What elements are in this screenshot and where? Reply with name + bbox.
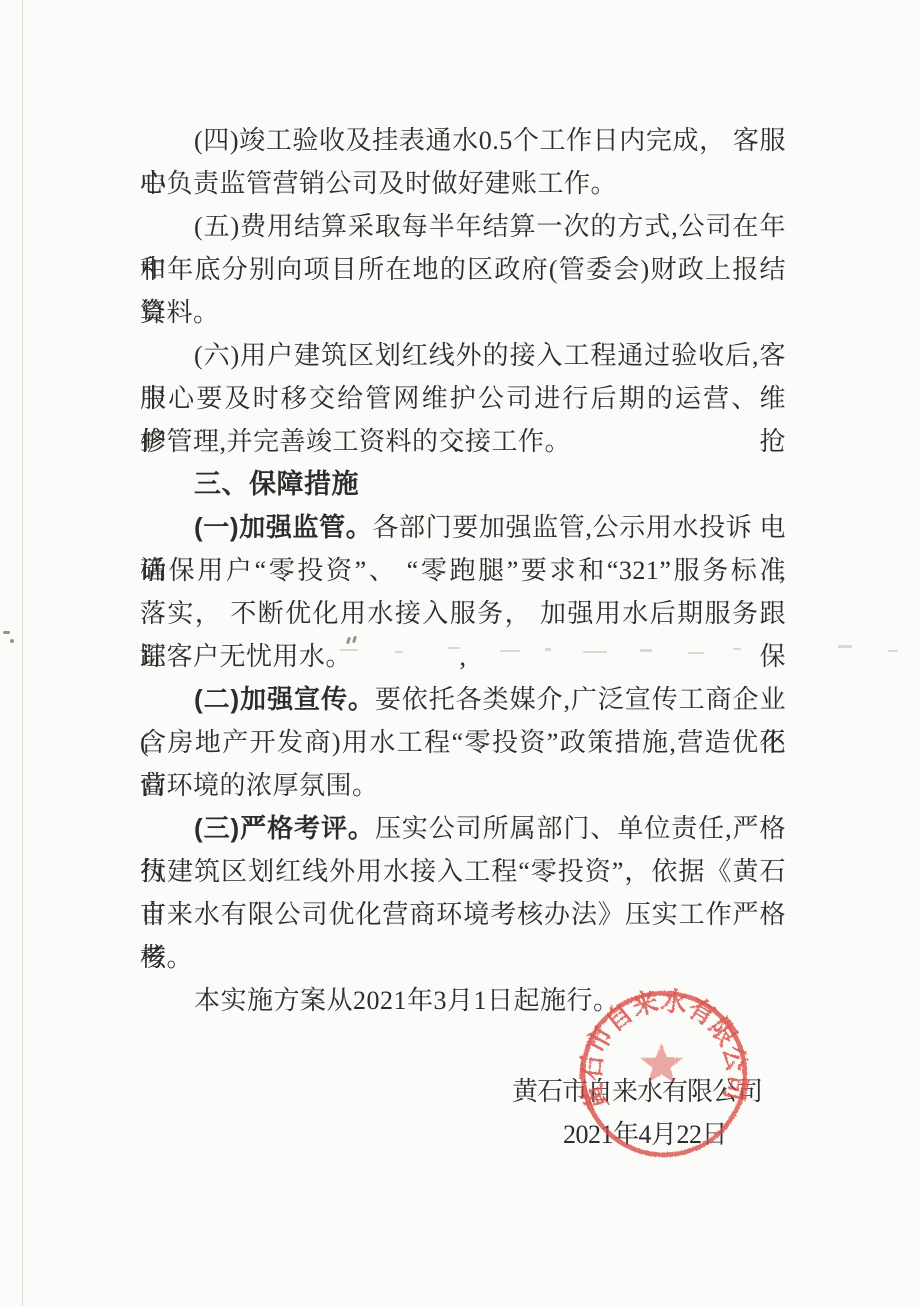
scan-edge-line — [22, 0, 23, 1306]
scan-artifact — [733, 648, 741, 650]
scan-artifact — [545, 648, 551, 651]
document-line: (五)费用结算采取每半年结算一次的方式,公司在年中 — [140, 205, 786, 248]
scan-artifact — [583, 651, 607, 653]
document-line: (四)竣工验收及挂表通水0.5个工作日内完成， 客服中 — [140, 119, 786, 162]
document-line: 和年底分别向项目所在地的区政府(管委会)财政上报结算 — [140, 248, 786, 291]
scan-artifact — [688, 652, 704, 654]
document-line: 资料。 — [140, 291, 786, 334]
scan-artifact — [395, 651, 403, 653]
section-heading: 三、保障措施 — [140, 463, 786, 506]
seal-graphic: 黄石市自来水有限公司 — [578, 988, 750, 1160]
document-line: 商环境的浓厚氛围。 — [140, 764, 786, 807]
scan-artifact — [500, 650, 520, 652]
document-line: 行建筑区划红线外用水接入工程“零投资”，依据《黄石市 — [140, 850, 786, 893]
document-line: 确保用户“零投资”、 “零跑腿”要求和“321”服务标准 — [140, 549, 786, 592]
scan-artifact — [888, 650, 898, 652]
star-icon — [640, 1043, 682, 1083]
document-line: 心负责监管营销公司及时做好建账工作。 — [140, 162, 786, 205]
document-line: 落实， 不断优化用水接入服务， 加强用水后期服务跟踪,保 — [140, 592, 786, 635]
document-body: (四)竣工验收及挂表通水0.5个工作日内完成， 客服中 心负责监管营销公司及时做… — [140, 119, 786, 1022]
document-line: (三)严格考评。压实公司所属部门、单位责任,严格执 — [140, 807, 786, 850]
scan-artifact — [640, 649, 652, 652]
document-line: (一)加强监管。各部门要加强监管,公示用水投诉 电话, — [140, 506, 786, 549]
document-line: 核。 — [140, 936, 786, 979]
document-line: 自来水有限公司优化营商环境考核办法》压实工作严格考 — [140, 893, 786, 936]
document-line: (二)加强宣传。要依托各类媒介,广泛宣传工商企业(不 — [140, 678, 786, 721]
scan-artifact — [838, 645, 852, 648]
scan-artifact — [10, 639, 14, 643]
scan-artifact — [340, 649, 358, 651]
company-seal-stamp: 黄石市自来水有限公司 — [578, 988, 750, 1160]
document-line: 含房地产开发商)用水工程“零投资”政策措施,营造优化营 — [140, 721, 786, 764]
document-line: 中心要及时移交给管网维护公司进行后期的运营、维护、抢 — [140, 377, 786, 420]
document-line: (六)用户建筑区划红线外的接入工程通过验收后,客服 — [140, 334, 786, 377]
scanned-document-page: (四)竣工验收及挂表通水0.5个工作日内完成， 客服中 心负责监管营销公司及时做… — [0, 0, 920, 1306]
scan-artifact — [448, 647, 460, 649]
scan-artifact — [3, 631, 10, 634]
